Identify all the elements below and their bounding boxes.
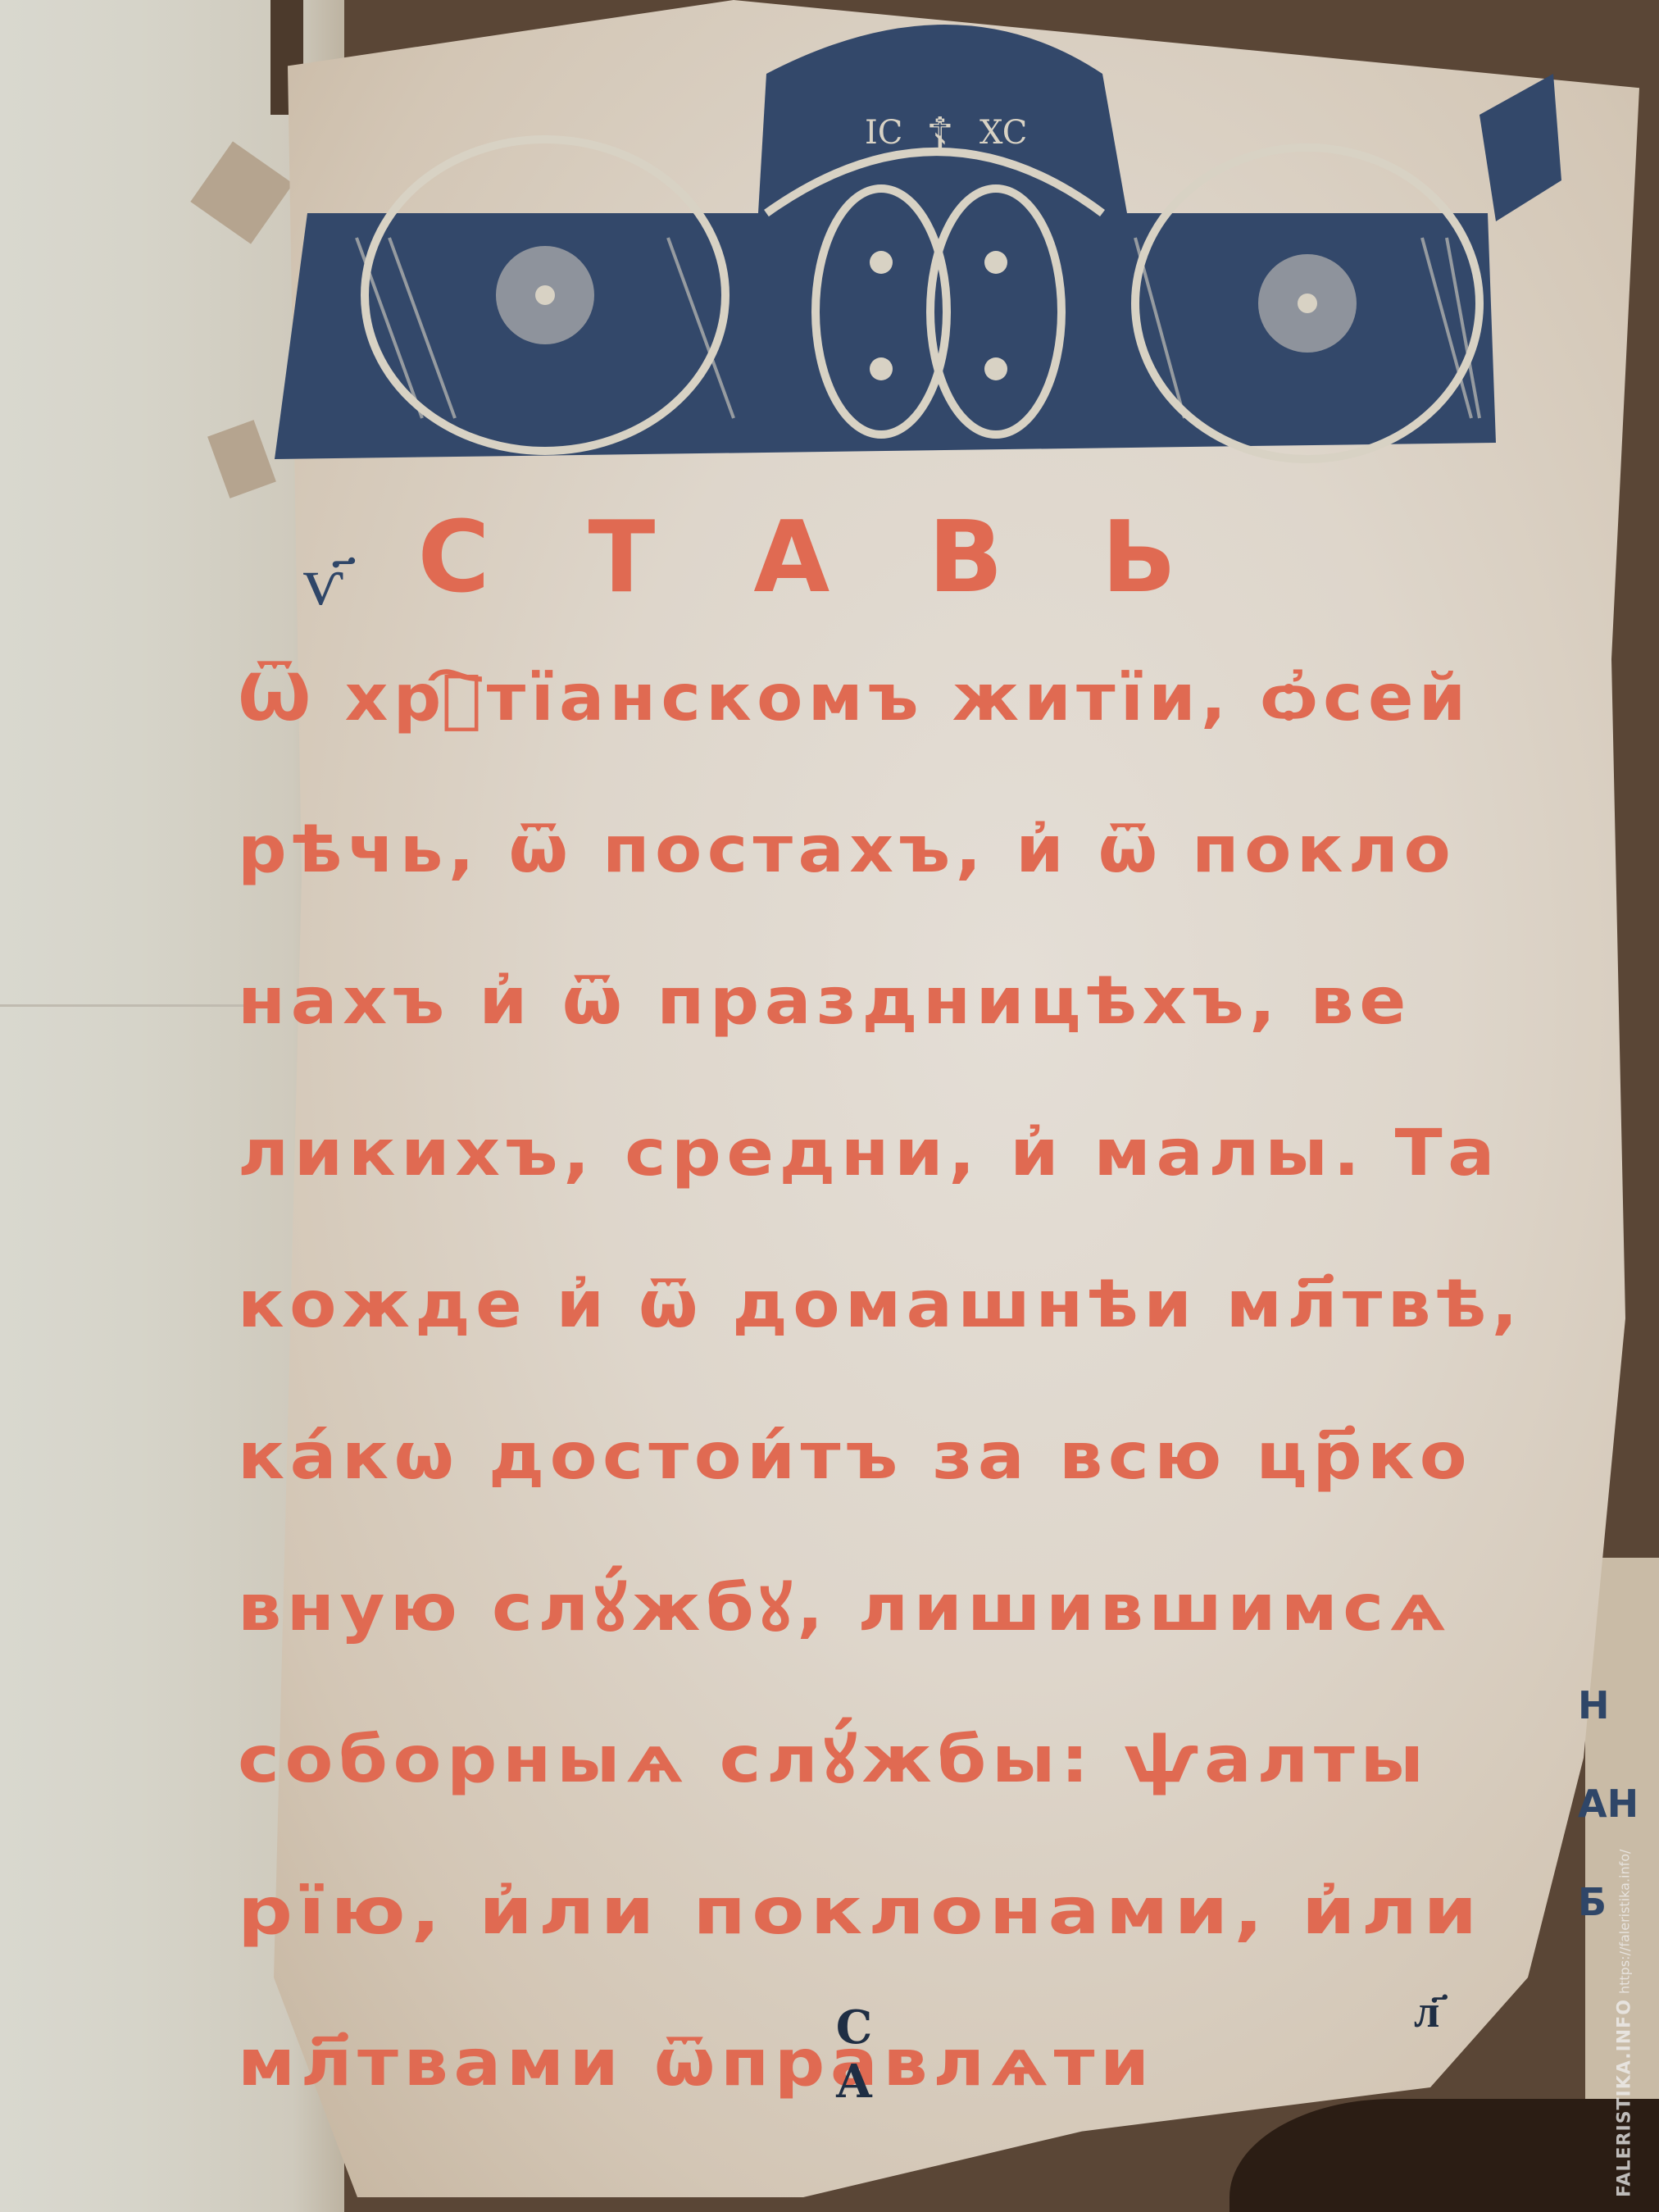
- text-line: соборныѧ слꙋ́жбы: ѱалты: [238, 1685, 1644, 1837]
- ornamental-headpiece: IC ☦ XC: [275, 25, 1586, 476]
- text-line: ка́кѡ достои́тъ за всю цр҃ко: [238, 1381, 1619, 1533]
- text-line: рїю, и҆ли поклонами, и҆ли: [238, 1837, 1659, 1988]
- text-line: нахъ и҆ ѿ праздницѣхъ, ве: [238, 926, 1619, 1078]
- watermark-url: https://faleristika.info/: [1617, 1850, 1633, 1994]
- text-line: рѣчь, ѿ постахъ, и҆ ѿ покло: [238, 775, 1606, 926]
- page-crease: [0, 1004, 246, 1007]
- fragment-text: АН: [1578, 1755, 1652, 1853]
- fragment-text: Н: [1578, 1656, 1652, 1755]
- headpiece-cross: ☦: [926, 109, 954, 158]
- section-number-mark: ѵ҃: [303, 546, 343, 615]
- text-line: Ѿ хрⷭ҇тїанскомъ житїи, ѻ҆сей: [238, 623, 1580, 775]
- text-line: ликихъ, средни, и҆ малы. Та: [238, 1078, 1631, 1230]
- watermark: FALERISTIKA.INFO https://faleristika.inf…: [1600, 1951, 1649, 2197]
- catchword-mark: л҃: [1414, 1984, 1439, 2038]
- next-page-fragments: Н АН Б: [1578, 1656, 1652, 1951]
- heading-title: СТАВЬ: [417, 501, 1275, 615]
- page-body-text: Ѿ хрⷭ҇тїанскомъ житїи, ѻ҆сей рѣчь, ѿ пос…: [238, 623, 1516, 2140]
- headpiece-monogram-xc: XC: [979, 114, 1027, 152]
- chapter-heading: ѵ҃ СТАВЬ: [303, 484, 1418, 615]
- signature-mark: СА: [848, 2000, 881, 2109]
- watermark-brand: FALERISTIKA.INFO: [1615, 1999, 1635, 2197]
- headpiece-monogram-ic: IC: [865, 114, 902, 152]
- fragment-text: Б: [1578, 1853, 1652, 1951]
- text-line: кожде и҆ ѿ домашнѣи мл҃твѣ,: [238, 1230, 1606, 1381]
- text-line: вную слꙋ́жбꙋ, лишившимсѧ: [238, 1533, 1619, 1685]
